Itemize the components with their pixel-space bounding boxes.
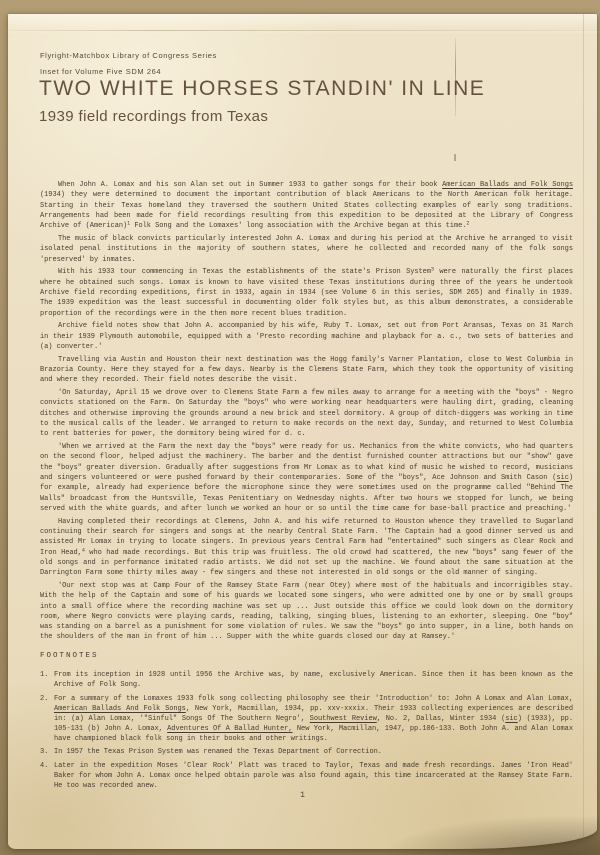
vertical-crease-mark [454, 154, 456, 161]
footnote-text: Later in the expedition Moses 'Clear Roc… [54, 761, 573, 791]
paragraph: Having completed their recordings at Cle… [40, 517, 573, 579]
document-page: Flyright-Matchbox Library of Congress Se… [8, 14, 597, 849]
footnote-text: From its inception in 1928 until 1956 th… [54, 670, 573, 690]
footnote: 3. In 1957 the Texas Prison System was r… [40, 747, 573, 757]
footnote: 1. From its inception in 1928 until 1956… [40, 670, 573, 690]
footnote-text: In 1957 the Texas Prison System was rena… [54, 747, 573, 757]
paragraph: Archive field notes show that John A. ac… [40, 321, 573, 352]
scan-background: Flyright-Matchbox Library of Congress Se… [0, 0, 600, 855]
footnote-text: For a summary of the Lomaxes 1933 folk s… [54, 694, 573, 744]
paragraph: When John A. Lomax and his son Alan set … [40, 180, 573, 231]
right-edge-crease [583, 14, 584, 849]
footnote-number: 2. [40, 694, 54, 744]
liner-notes-text: When John A. Lomax and his son Alan set … [40, 180, 573, 645]
volume-line: Inset for Volume Five SDM 264 [40, 67, 161, 76]
footnote-number: 3. [40, 747, 54, 757]
paragraph: 'When we arrived at the Farm the next da… [40, 442, 573, 514]
footnote: 2. For a summary of the Lomaxes 1933 fol… [40, 694, 573, 744]
paragraph: 'On Saturday, April 15 we drove over to … [40, 388, 573, 439]
page-subtitle: 1939 field recordings from Texas [39, 108, 268, 125]
footnotes-heading: FOOTNOTES [40, 651, 573, 661]
footnote: 4. Later in the expedition Moses 'Clear … [40, 761, 573, 791]
page-number: 1 [8, 791, 597, 800]
footnote-number: 4. [40, 761, 54, 791]
paragraph: 'Our next stop was at Camp Four of the R… [40, 581, 573, 643]
footnotes-section: FOOTNOTES 1. From its inception in 1928 … [40, 651, 573, 794]
page-title: TWO WHITE HORSES STANDIN' IN LINE [39, 77, 485, 101]
paragraph: With his 1933 tour commencing in Texas t… [40, 267, 573, 318]
paragraph: The music of black convicts particularly… [40, 234, 573, 265]
series-line: Flyright-Matchbox Library of Congress Se… [40, 51, 217, 60]
paragraph: Travelling via Austin and Houston their … [40, 355, 573, 386]
footnote-number: 1. [40, 670, 54, 690]
horizontal-crease [8, 30, 597, 31]
